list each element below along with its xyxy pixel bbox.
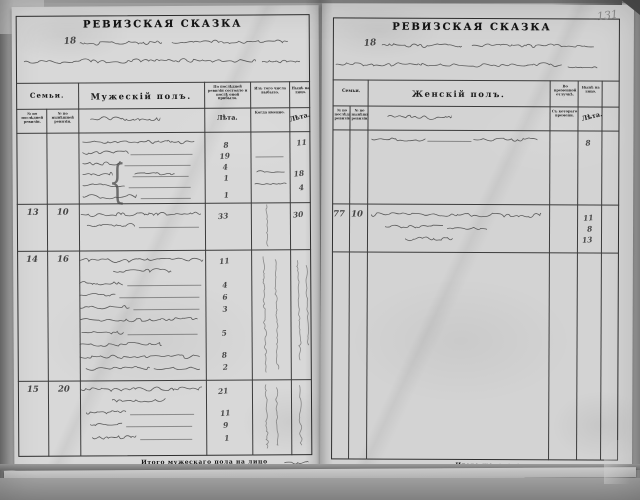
header-last-revision-sub: Лѣта. xyxy=(205,113,249,121)
ruled-line xyxy=(427,141,471,142)
handwriting-name xyxy=(371,209,541,222)
header-absence-sub: Съ котораго времени. xyxy=(551,109,577,127)
age-value: 1 xyxy=(224,433,230,442)
handwriting-vertical-note xyxy=(262,384,272,448)
handwriting-name xyxy=(92,432,136,442)
present-age-value: 13 xyxy=(582,235,593,245)
header-last-revision: По послѣдней ревизіи состояло и послѣ он… xyxy=(206,84,249,106)
handwriting-line xyxy=(262,57,300,66)
page-fore-edge-highlight xyxy=(604,440,630,484)
header-family: Семьи. xyxy=(334,88,369,101)
handwriting-name xyxy=(79,314,197,326)
ruled-line xyxy=(256,156,284,157)
family-no-now: 20 xyxy=(58,385,70,395)
handwriting-name xyxy=(87,220,135,230)
left-page: РЕВИЗСКАЯ СКАЗКА 18 Семьи. № по послѣдне… xyxy=(12,5,322,470)
header-absence: Во временной отлучкѣ. xyxy=(552,84,579,105)
family-no-prev: 15 xyxy=(27,385,39,395)
handwriting-line xyxy=(336,58,562,71)
handwriting-line xyxy=(382,40,462,51)
handwriting-name xyxy=(86,363,150,373)
handwriting-name xyxy=(80,351,200,363)
present-age-value: 30 xyxy=(292,210,303,220)
family-no-prev: 13 xyxy=(27,208,39,218)
family-no-now: 10 xyxy=(351,209,363,219)
handwriting-name xyxy=(82,327,124,337)
age-value: 19 xyxy=(219,151,230,161)
family-no-prev: 14 xyxy=(26,255,38,265)
photo-corner-shadow-band xyxy=(552,0,622,5)
header-present: Нынѣ на лицо. xyxy=(580,85,602,105)
family-no-prev: 77 xyxy=(333,209,345,219)
handwriting-name xyxy=(90,419,122,429)
age-value: 8 xyxy=(223,140,229,149)
handwriting-note xyxy=(255,179,287,188)
handwriting-name xyxy=(385,222,443,232)
handwriting-line xyxy=(172,36,288,48)
handwriting-line xyxy=(472,40,594,52)
age-value: 8 xyxy=(221,350,227,359)
page-title: РЕВИЗСКАЯ СКАЗКА xyxy=(360,21,584,33)
handwriting-name xyxy=(80,339,162,350)
handwriting-name xyxy=(79,290,115,300)
handwriting-name xyxy=(473,134,537,145)
age-value: 1 xyxy=(223,190,229,199)
grouping-brace: { xyxy=(108,154,126,208)
handwriting-place-name xyxy=(388,111,452,123)
handwriting-name xyxy=(154,364,200,373)
header-family-no-now: № по нынѣшней ревизіи. xyxy=(49,112,76,132)
year-prefix: 18 xyxy=(363,38,376,49)
handwriting-name xyxy=(371,134,425,145)
header-male-column: Мужескій полъ. xyxy=(78,92,204,103)
header-departed-sub: Когда именно. xyxy=(252,110,287,128)
age-value: 2 xyxy=(222,362,228,371)
photo-bottom-background xyxy=(0,478,640,500)
age-value: 21 xyxy=(218,386,229,396)
handwriting-name xyxy=(79,278,123,288)
handwriting-name xyxy=(447,224,487,233)
age-value: 4 xyxy=(222,162,228,171)
present-age-value: 4 xyxy=(298,183,304,192)
family-no-now: 16 xyxy=(57,255,69,265)
handwriting-name xyxy=(113,266,171,276)
handwriting-name xyxy=(86,407,126,417)
handwriting-line xyxy=(24,54,256,67)
header-family-no-prev: № по послѣдней ревизіи. xyxy=(334,108,349,128)
age-value: 11 xyxy=(219,256,230,266)
age-value: 1 xyxy=(223,173,229,182)
age-value: 3 xyxy=(222,304,228,313)
present-age-value: 8 xyxy=(585,138,591,147)
handwriting-name xyxy=(80,383,202,396)
header-family-no-prev: № по послѣдней ревизіи. xyxy=(19,112,45,132)
year-prefix: 18 xyxy=(63,36,76,47)
handwriting-name xyxy=(135,169,175,179)
handwriting-line xyxy=(80,37,162,49)
handwriting-vertical-note xyxy=(296,385,304,445)
header-family-no-now: № по нынѣшней ревизіи. xyxy=(351,108,367,128)
right-page: РЕВИЗСКАЯ СКАЗКА 18 Семьи. № по послѣдне… xyxy=(320,3,634,472)
age-value: 6 xyxy=(222,292,228,301)
age-value: 5 xyxy=(221,328,227,337)
page-title: РЕВИЗСКАЯ СКАЗКА xyxy=(40,18,286,31)
handwriting-line xyxy=(568,62,598,71)
age-value: 4 xyxy=(222,280,228,289)
present-age-value: 18 xyxy=(293,169,304,179)
handwriting-name xyxy=(82,136,194,148)
handwriting-vertical-note xyxy=(273,387,281,445)
folio-page-number: 131 xyxy=(596,8,618,23)
book-gutter-shadow xyxy=(305,0,333,472)
age-value: 9 xyxy=(223,420,229,429)
header-family: Семьи. xyxy=(16,91,78,100)
handwriting-name xyxy=(112,395,166,405)
header-female-column: Женскій полъ. xyxy=(368,90,550,101)
handwriting-name xyxy=(79,302,129,312)
header-departed: Изъ того числа выбыло. xyxy=(252,86,288,106)
handwriting-name xyxy=(405,234,453,244)
handwriting-vertical-note xyxy=(263,204,272,246)
present-age-value: 8 xyxy=(587,224,593,233)
family-no-now: 10 xyxy=(57,208,69,218)
age-value: 33 xyxy=(217,211,228,221)
handwriting-place-name xyxy=(90,113,160,125)
handwriting-note xyxy=(257,167,285,176)
age-value: 11 xyxy=(220,408,231,418)
handwriting-name xyxy=(81,208,201,221)
archival-scan-photo: РЕВИЗСКАЯ СКАЗКА 18 Семьи. № по послѣдне… xyxy=(0,0,640,500)
handwriting-name xyxy=(79,254,203,267)
present-age-value: 11 xyxy=(583,213,594,223)
